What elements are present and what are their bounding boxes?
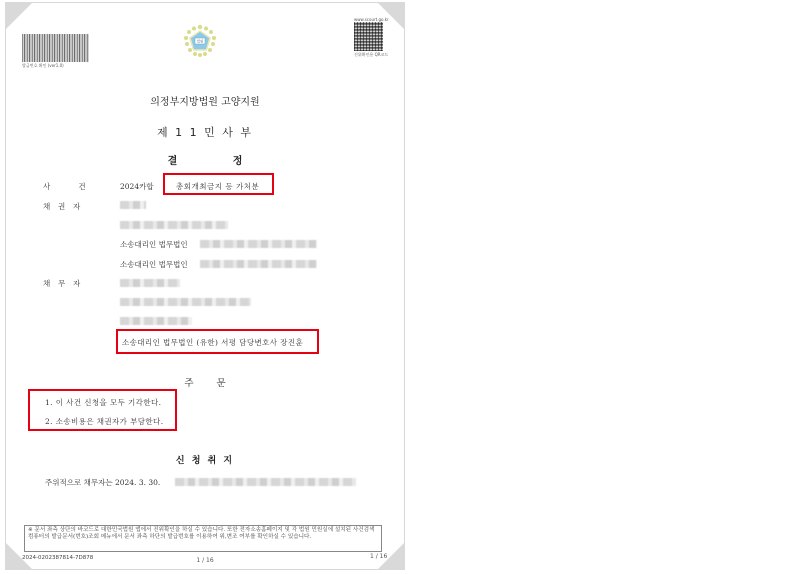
redacted-creditor-name [120,201,146,209]
redacted-debtor-name [120,279,180,287]
verification-barcode [22,34,89,62]
qr-caption-bottom: 진위확인용 QR코드 [354,52,388,58]
creditor-label: 채 권 자 [43,201,81,212]
redacted-debtor-representative [120,317,192,325]
page-indicator-right: 1 / 16 [370,553,387,560]
creditor-agent-2: 소송대리인 법무법인 [120,259,188,270]
highlight-order [28,389,177,431]
order-title: 주 문 [0,375,410,389]
svg-text:법원: 법원 [197,39,204,44]
highlight-case-name [163,173,274,195]
highlight-debtor-agent [116,329,319,354]
document-title: 결 정 [0,152,410,167]
case-number: 2024카합 [120,181,154,192]
redacted-request-text [175,478,356,486]
request-text: 주위적으로 채무자는 2024. 3. 30. [45,477,160,488]
page-corner-top-left [5,2,33,30]
case-label: 사 건 [43,181,87,192]
redacted-creditor-agent-2 [200,260,317,268]
page-indicator: 1 / 16 [0,557,410,564]
redacted-creditor-address [120,221,228,229]
court-name: 의정부지방법원 고양지원 [0,93,410,108]
verification-notice: ※ 문서 좌측 상단의 바코드로 대한민국법원 앱에서 진위확인을 하실 수 있… [24,525,382,552]
request-title: 신 청 취 지 [0,453,410,466]
redacted-creditor-agent-1 [200,240,317,248]
court-emblem-icon: 법원 [182,23,218,59]
creditor-agent-1: 소송대리인 법무법인 [120,239,188,250]
barcode-caption: 발급번호 확인 (ver1.0) [22,63,64,69]
qr-code [354,22,383,51]
debtor-label: 채 무 자 [43,278,81,289]
redacted-debtor-address [120,298,251,306]
division-name: 제 1 1 민 사 부 [0,124,410,140]
